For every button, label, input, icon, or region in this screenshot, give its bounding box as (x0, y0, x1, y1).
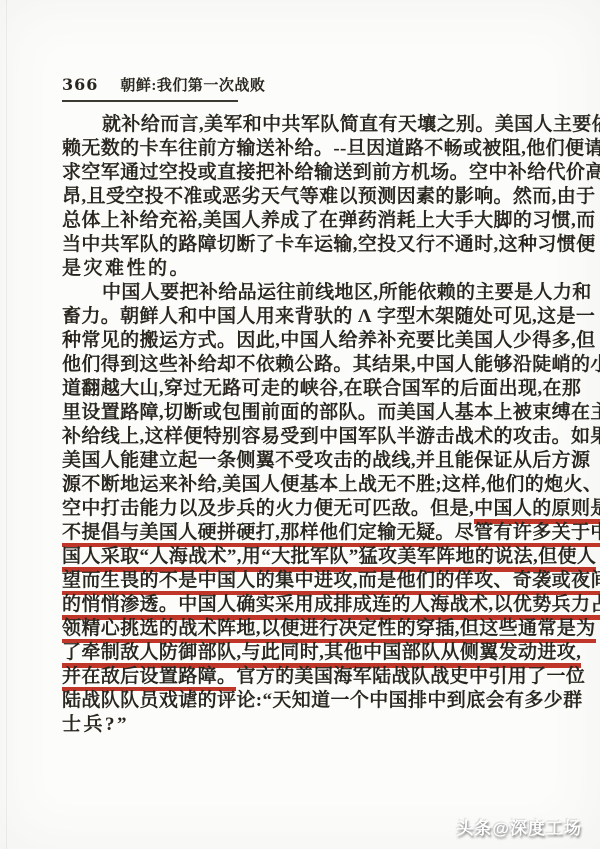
text-line: 总体上补给充裕,美国人养成了在弹药消耗上大手大脚的习惯,而 (62, 209, 544, 233)
red-underlined-text: 不提倡与美国人硬拼硬打,那样他们定输无疑。尽管有许多关于中 (62, 522, 600, 547)
text-line: 他们得到这些补给却不依赖公路。其结果,中国人能够沿陡峭的小 (62, 353, 544, 377)
text-segment: 当中共军队的路障切断了卡车运输,空投又行不通时,这种习惯便 (62, 234, 596, 255)
text-line: 补给线上,这样便特别容易受到中国军队半游击战术的攻击。如果 (62, 425, 544, 449)
text-line: 的悄悄渗透。中国人确实采用成排成连的人海战术,以优势兵力占 (62, 593, 544, 617)
text-line: 道翻越大山,穿过无路可走的峡谷,在联合国军的后面出现,在那 (62, 377, 544, 401)
text-line: 望而生畏的不是中国人的集中进攻,而是他们的佯攻、奇袭或夜间 (62, 569, 544, 593)
text-segment: 昂,且受空投不准或恶劣天气等难以预测因素的影响。然而,由于 (62, 186, 596, 207)
text-segment: 美国人能建立起一条侧翼不受攻击的战线,并且能保证从后方源 (62, 450, 590, 471)
text-line: 源不断地运来补给,美国人便基本上战无不胜;这样,他们的炮火、 (62, 473, 544, 497)
text-line: 里设置路障,切断或包围前面的部队。而美国人基本上被束缚在主 (62, 401, 544, 425)
text-segment: 官方的美国海军陆战队战史中引用了一位 (236, 666, 585, 687)
text-line: 了牵制敌人防御部队,与此同时,其他中国部队从侧翼发动进攻, (62, 641, 544, 665)
scanned-page: 366朝鲜:我们第一次战败 就补给而言,美军和中共军队简直有天壤之别。美国人主要… (0, 0, 600, 849)
text-segment: 空中打击能力以及步兵的火力便无可匹敌。但是, (62, 498, 474, 519)
text-segment: 道翻越大山,穿过无路可走的峡谷,在联合国军的后面出现,在那 (62, 378, 581, 399)
page-number: 366 (62, 75, 98, 94)
text-line: 并在敌后设置路障。官方的美国海军陆战队战史中引用了一位 (62, 665, 544, 689)
red-underlined-text: 并在敌后设置路障。 (62, 666, 236, 691)
text-line: 美国人能建立起一条侧翼不受攻击的战线,并且能保证从后方源 (62, 449, 544, 473)
text-line: 陆战队队员戏谑的评论:“天知道一个中国排中到底会有多少群 (62, 689, 544, 713)
watermark: 头条@深度工场 (456, 814, 582, 839)
text-segment: 他们得到这些补给却不依赖公路。其结果,中国人能够沿陡峭的小 (62, 354, 600, 375)
text-segment: 种常见的搬运方式。因此,中国人给养补充要比美国人少得多,但 (62, 330, 596, 351)
red-underlined-text: 领精心挑选的战术阵地,以便进行决定性的穿插,但这些通常是为 (62, 618, 596, 643)
text-line: 是灾难性的。 (62, 257, 544, 281)
red-underlined-text: 望而生畏的不是中国人的集中进攻,而是他们的佯攻、奇袭或夜间 (62, 570, 600, 595)
text-line: 求空军通过空投或直接把补给输送到前方机场。空中补给代价高 (62, 161, 544, 185)
text-segment: 就补给而言,美军和中共军队简直有天壤之别。美国人主要依 (102, 114, 600, 135)
text-line: 中国人要把补给品运往前线地区,所能依赖的主要是人力和 (62, 281, 544, 305)
text-line: 种常见的搬运方式。因此,中国人给养补充要比美国人少得多,但 (62, 329, 544, 353)
text-segment: 是灾难性的。 (62, 258, 191, 279)
page-body: 就补给而言,美军和中共军队简直有天壤之别。美国人主要依赖无数的卡车往前方输送补给… (62, 113, 544, 737)
text-line: 就补给而言,美军和中共军队简直有天壤之别。美国人主要依 (62, 113, 544, 137)
text-line: 不提倡与美国人硬拼硬打,那样他们定输无疑。尽管有许多关于中 (62, 521, 544, 545)
text-line: 士兵?” (62, 713, 544, 737)
text-line: 赖无数的卡车往前方输送补给。--旦因道路不畅或被阻,他们便请 (62, 137, 544, 161)
text-segment: 补给线上,这样便特别容易受到中国军队半游击战术的攻击。如果 (62, 426, 600, 447)
text-line: 国人采取“人海战术”,用“大批军队”猛攻美军阵地的说法,但使人 (62, 545, 544, 569)
text-segment: 中国人要把补给品运往前线地区,所能依赖的主要是人力和 (102, 282, 592, 303)
text-segment: 里设置路障,切断或包围前面的部队。而美国人基本上被束缚在主 (62, 402, 600, 423)
text-segment: 畜力。朝鲜人和中国人用来背驮的 Λ 字型木架随处可见,这是一 (62, 306, 595, 327)
text-line: 当中共军队的路障切断了卡车运输,空投又行不通时,这种习惯便 (62, 233, 544, 257)
scan-edge-line (6, 0, 7, 849)
text-segment: 陆战队队员戏谑的评论:“天知道一个中国排中到底会有多少群 (62, 690, 582, 711)
text-segment: 赖无数的卡车往前方输送补给。--旦因道路不畅或被阻,他们便请 (62, 138, 600, 159)
text-segment: 源不断地运来补给,美国人便基本上战无不胜;这样,他们的炮火、 (62, 474, 600, 495)
text-line: 畜力。朝鲜人和中国人用来背驮的 Λ 字型木架随处可见,这是一 (62, 305, 544, 329)
text-line: 昂,且受空投不准或恶劣天气等难以预测因素的影响。然而,由于 (62, 185, 544, 209)
text-line: 空中打击能力以及步兵的火力便无可匹敌。但是,中国人的原则是 (62, 497, 544, 521)
text-line: 领精心挑选的战术阵地,以便进行决定性的穿插,但这些通常是为 (62, 617, 544, 641)
page-header: 366朝鲜:我们第一次战败 (62, 74, 238, 102)
book-title: 朝鲜:我们第一次战败 (120, 78, 265, 94)
text-segment: 总体上补给充裕,美国人养成了在弹药消耗上大手大脚的习惯,而 (62, 210, 596, 231)
text-segment: 士兵?” (62, 714, 129, 735)
text-segment: 求空军通过空投或直接把补给输送到前方机场。空中补给代价高 (62, 162, 600, 183)
